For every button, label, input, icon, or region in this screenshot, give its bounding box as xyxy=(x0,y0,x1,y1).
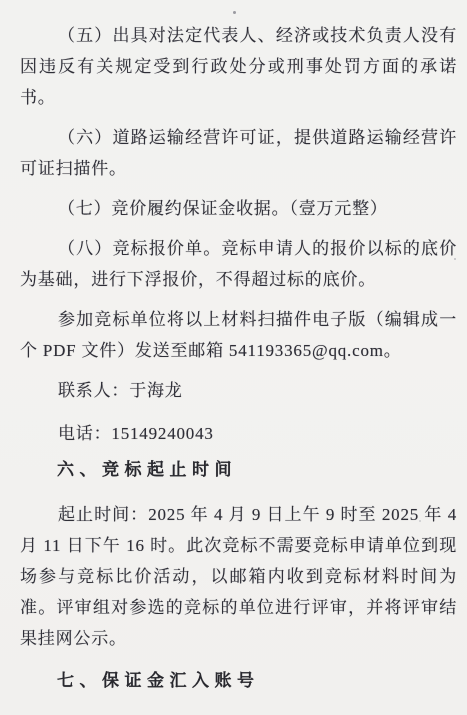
clause-8-paragraph: （八）竞标报价单。竞标申请人的报价以标的底价为基础，进行下浮报价，不得超过标的底… xyxy=(20,233,457,295)
clause-5-paragraph: （五）出具对法定代表人、经济或技术负责人没有因违反有关规定受到行政处分或刑事处罚… xyxy=(20,20,457,113)
scan-speck xyxy=(419,520,421,522)
scanned-document-page: （五）出具对法定代表人、经济或技术负责人没有因违反有关规定受到行政处分或刑事处罚… xyxy=(0,0,467,715)
contact-name-line: 联系人：于海龙 xyxy=(20,375,457,406)
clause-7-paragraph: （七）竞价履约保证金收据。（壹万元整） xyxy=(20,193,457,224)
scan-speck xyxy=(454,258,456,260)
contact-phone-line: 电话：15149240043 xyxy=(20,418,457,449)
section-7-heading-deposit-account: 七、保证金汇入账号 xyxy=(20,666,457,697)
section-6-heading-bid-period: 六、竞标起止时间 xyxy=(20,455,457,486)
clause-6-paragraph: （六）道路运输经营许可证，提供道路运输经营许可证扫描件。 xyxy=(20,122,457,184)
scan-speck xyxy=(429,140,431,142)
scan-speck xyxy=(233,11,236,14)
document-text-block: （五）出具对法定代表人、经济或技术负责人没有因违反有关规定受到行政处分或刑事处罚… xyxy=(20,20,457,697)
submission-instructions-paragraph: 参加竞标单位将以上材料扫描件电子版（编辑成一个 PDF 文件）发送至邮箱 541… xyxy=(20,304,457,366)
bid-period-paragraph: 起止时间：2025 年 4 月 9 日上午 9 时至 2025 年 4 月 11… xyxy=(20,499,457,654)
